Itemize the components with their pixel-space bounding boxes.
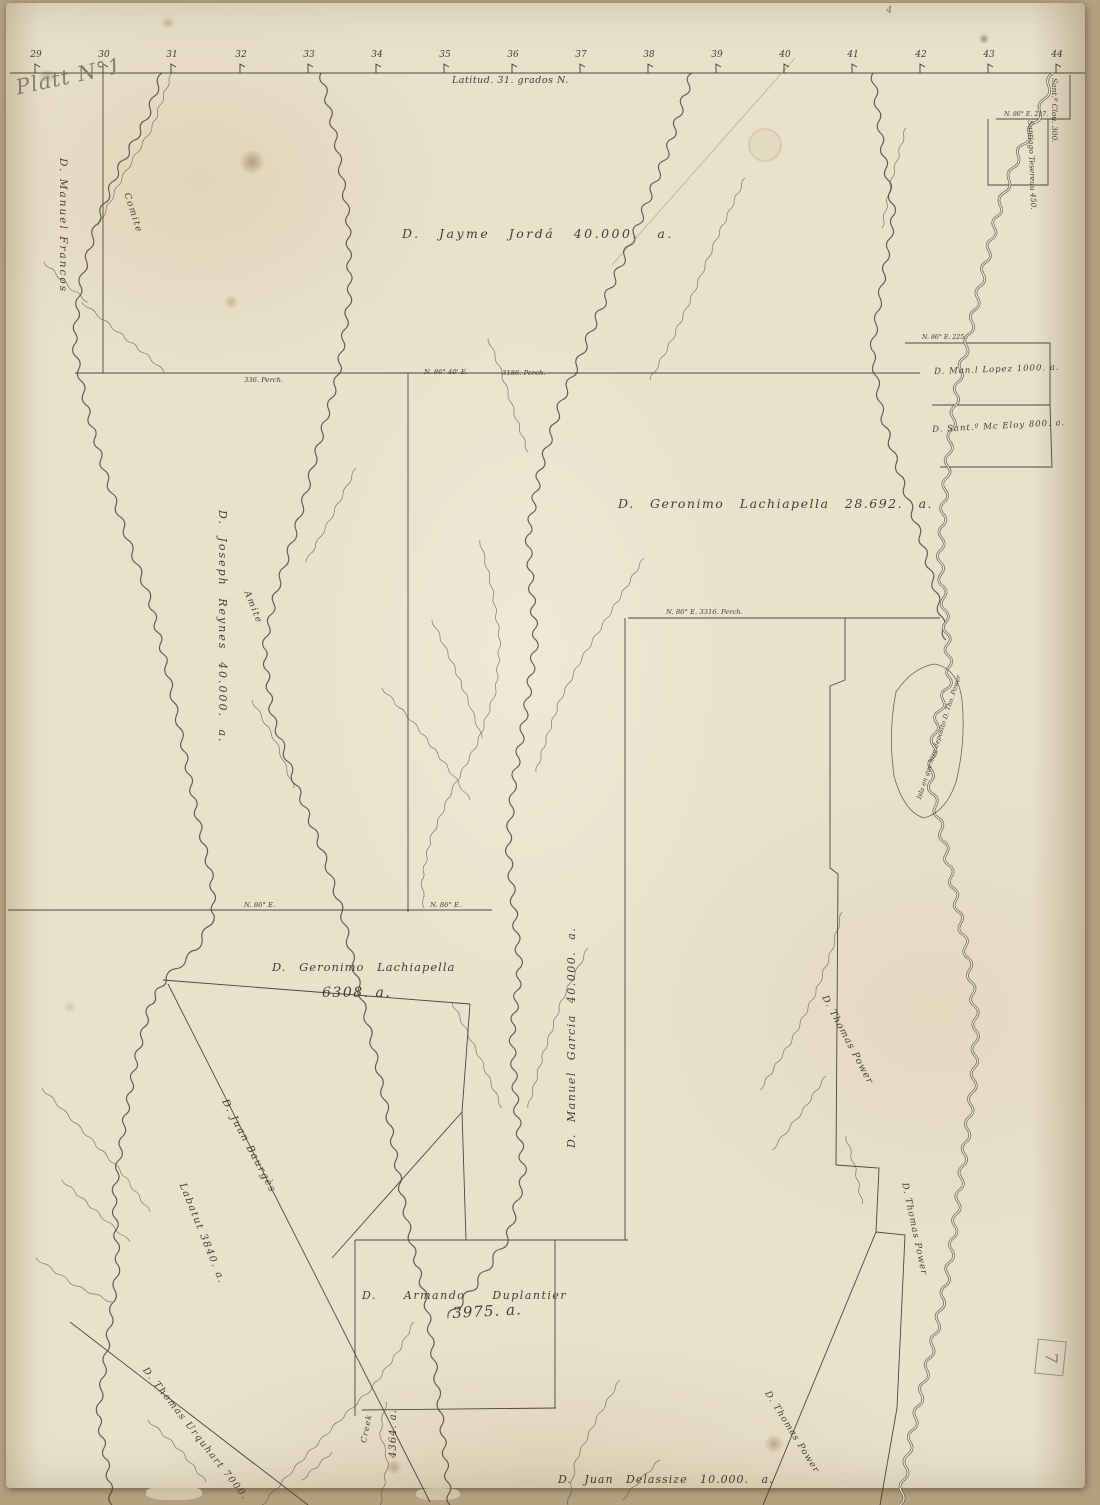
archival-number: 7 — [1040, 1351, 1061, 1363]
latitude-tick-label: 40 — [776, 50, 794, 60]
map-scan-viewport: 29303132333435363738394041424344 Platt N… — [0, 0, 1100, 1505]
archival-number-box: 7 — [1034, 1339, 1066, 1377]
latitude-tick-label: 29 — [27, 50, 45, 60]
latitude-tick-label: 36 — [504, 50, 522, 60]
tract-label-jorda: D. Jayme Jordá 40.000. a. — [402, 228, 674, 241]
latitude-tick-label: 39 — [708, 50, 726, 60]
tract-label-delassize: D. Juan Delassize 10.000. a. — [558, 1474, 774, 1485]
tract-label-garcia: D. Manuel Garcia 40.000. a. — [566, 927, 577, 1148]
latitude-tick-label: 38 — [640, 50, 658, 60]
stain — [416, 1488, 460, 1500]
bearing-note: N. 86° E. 3316. Perch. — [666, 609, 743, 616]
latitude-tick-label: 32 — [232, 50, 250, 60]
latitude-tick-label: 33 — [300, 50, 318, 60]
tract-label-lachiapella-small: D. Geronimo Lachiapella — [272, 962, 455, 974]
tract-label-manuel-francos: D. Manuel Francos — [58, 158, 69, 293]
bearing-note: N. 86° E. — [430, 902, 461, 909]
latitude-tick-label: 44 — [1048, 50, 1066, 60]
latitude-tick-label: 37 — [572, 50, 590, 60]
bearing-note: 336. Perch. — [244, 377, 283, 384]
latitude-caption: Latitud. 31. grados N. — [452, 76, 569, 86]
latitude-tick-label: 43 — [980, 50, 998, 60]
bearing-note: N. 86° 40' E. — [424, 369, 468, 376]
latitude-tick-label: 35 — [436, 50, 454, 60]
bearing-note: N. 86° E. — [244, 902, 275, 909]
bearing-note: 3186. Perch. — [502, 370, 546, 377]
pencil-top-mark: 4 — [886, 6, 892, 16]
tract-label-lachiapella-small-acreage: 6308. a. — [322, 986, 391, 1000]
tract-label-duplantier: D. Armando Duplantier — [362, 1290, 567, 1301]
bearing-note: N. 86° E. 225. — [922, 335, 966, 341]
tract-label-duplantier-acreage: 3975. a. — [452, 1302, 522, 1321]
tract-label-joseph-reynes: D. Joseph Reynes 40.000. a. — [217, 510, 228, 744]
latitude-tick-label: 31 — [163, 50, 181, 60]
bearing-note: N. 86° E. 217. — [1004, 112, 1048, 118]
tract-label-lachiapella-large: D. Geronimo Lachiapella 28.692. a. — [618, 498, 933, 511]
latitude-tick-label: 41 — [844, 50, 862, 60]
acreage-note-4364: 4364. a. — [389, 1409, 399, 1458]
tract-label-cloutier: Sant.º Clou. 300. — [1051, 78, 1059, 143]
latitude-tick-label: 42 — [912, 50, 930, 60]
latitude-tick-label: 34 — [368, 50, 386, 60]
stain — [146, 1486, 202, 1500]
